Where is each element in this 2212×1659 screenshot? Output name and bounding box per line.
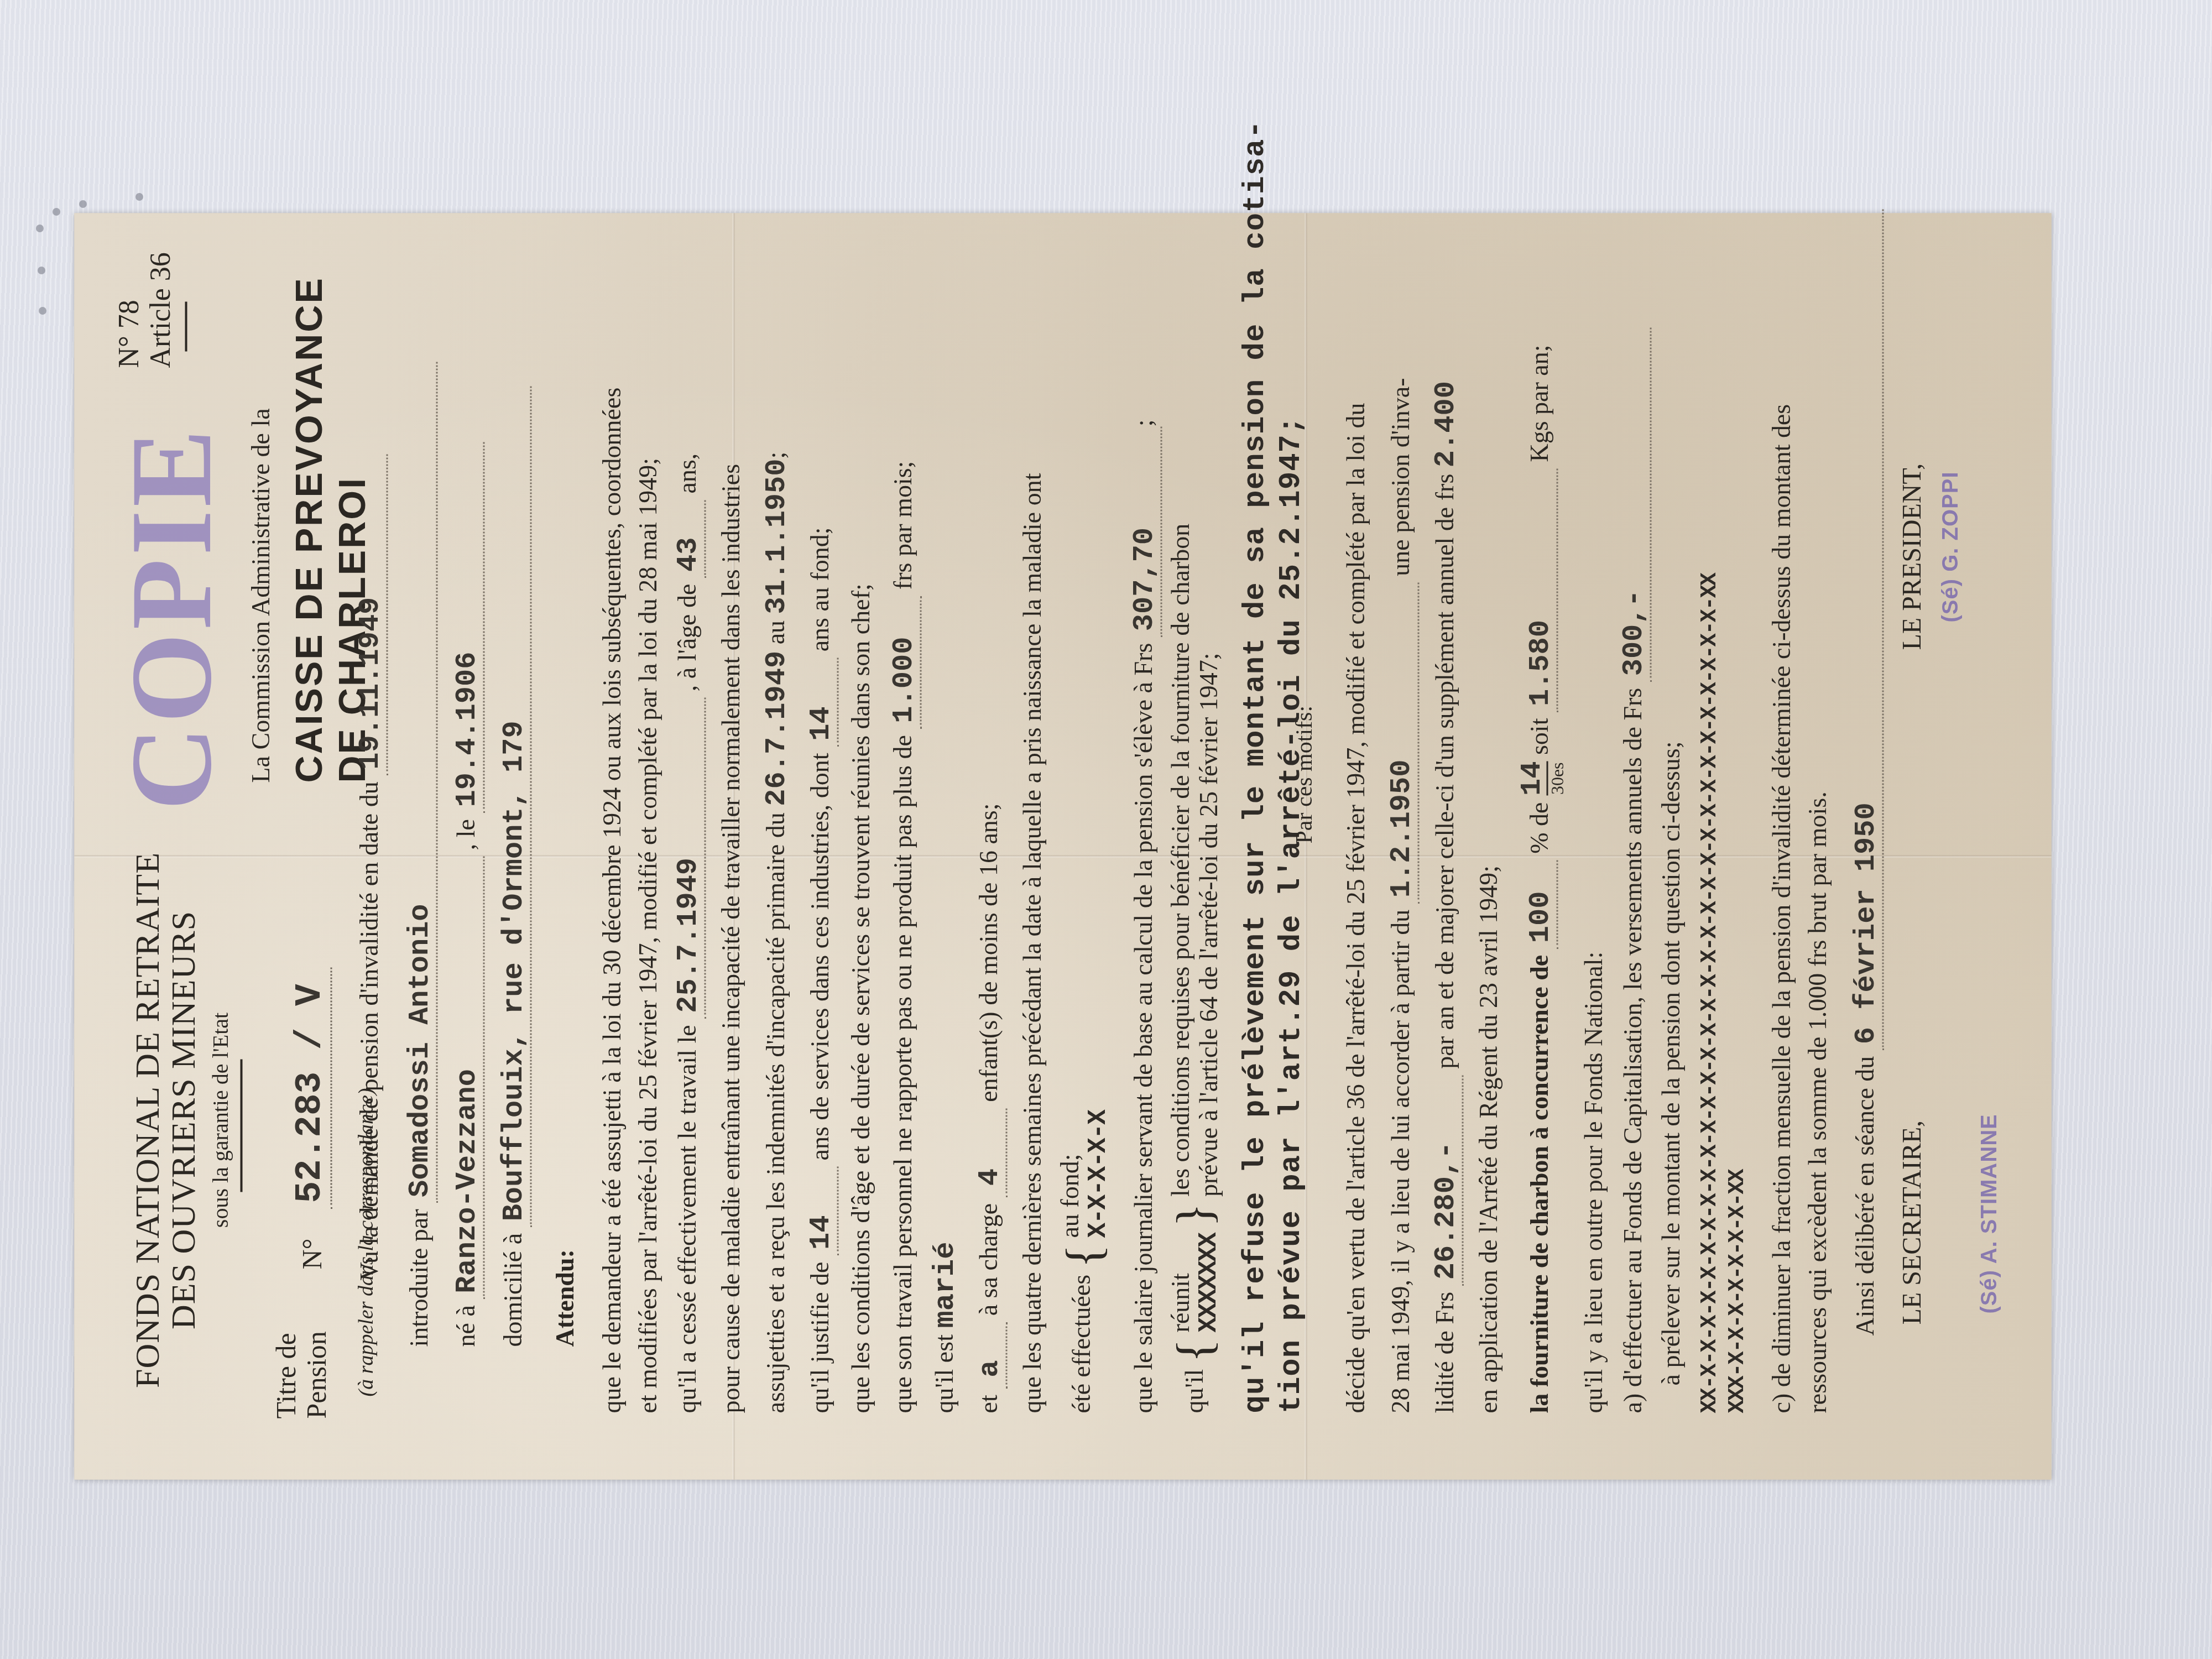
stop-date-field: 25.7.1949: [672, 698, 706, 1019]
attendu-p6: que les conditions d'âge et de durée de …: [846, 583, 875, 1413]
a-value: a: [973, 1360, 1006, 1378]
wall-hole: [38, 267, 45, 274]
seance-date: 6 février 1950: [1850, 802, 1882, 1044]
reunit-option: réunit: [1167, 1233, 1195, 1332]
birthdate-field: 19.4.1906: [451, 442, 485, 812]
attendu-p13: qu'il { réunit XXXXXXX } les conditions …: [1167, 524, 1223, 1413]
president-signature: (Sé) G. ZOPPI: [1938, 471, 1963, 622]
attendu-p5: qu'il justifie de 14 ans de services dan…: [805, 528, 839, 1413]
d2-suffix: une pension d'inva-: [1386, 378, 1415, 576]
attendu-p4: assujetties et a reçu les indemnités d'i…: [760, 452, 793, 1413]
decision-d2: 28 mai 1949, il y a lieu de lui accorder…: [1385, 378, 1420, 1413]
d3-mid: par an et de majorer celle-ci d'un suppl…: [1431, 474, 1459, 1069]
attendu-p1b: et modifiées par l'arrêté-loi du 25 févr…: [633, 458, 662, 1413]
d2-label: 28 mai 1949, il y a lieu de lui accorder…: [1386, 910, 1415, 1413]
marital-status: marié: [929, 1242, 962, 1328]
org-line-1: FONDS NATIONAL DE RETRAITE: [130, 794, 166, 1447]
age-suffix: ans,: [673, 453, 701, 494]
d3-label: lidité de Frs: [1431, 1292, 1459, 1413]
indemnity-from: 26.7.1949: [760, 651, 793, 806]
pension-start-date: 1.2.1950: [1385, 760, 1418, 898]
au-label: au: [761, 620, 790, 644]
income-limit: 1.000: [888, 637, 920, 723]
form-no: N° 78: [113, 252, 145, 368]
struck-b-line-2: XXX-X-X-X-X-X-X-X-XX: [1725, 1170, 1750, 1413]
pension-document: FONDS NATIONAL DE RETRAITE DES OUVRIERS …: [75, 213, 2052, 1480]
decision-d5: la fourniture de charbon à concurrence d…: [1518, 345, 1566, 1413]
p13-text2: prévue à l'article 64 de l'arrêté-loi du…: [1194, 524, 1223, 1197]
service-years: 14: [805, 1215, 837, 1250]
attendu-p10: que les quatre dernières semaines précéd…: [1018, 473, 1047, 1413]
start-date-field: 1.2.1950: [1385, 582, 1420, 903]
p2-label: qu'il a cessé effectivement le travail l…: [673, 1025, 701, 1413]
birthplace: Ranzo-Vezzano: [451, 1069, 483, 1293]
income-field: 1.000: [888, 596, 922, 729]
attendu-p9: et a à sa charge 4 enfant(s) de moins de…: [973, 803, 1008, 1413]
introduite-label: introduite par: [405, 1209, 433, 1347]
attendu-p2: qu'il a cessé effectivement le travail l…: [672, 453, 706, 1413]
par-ces-motifs: Par ces motifs:: [1291, 706, 1318, 844]
indemnity-to: 31.1.1950: [760, 459, 793, 614]
birth-date: 19.4.1906: [451, 652, 483, 807]
attendu-p1a: que le demandeur a été assujetti à la lo…: [597, 388, 627, 1413]
wall-hole: [135, 193, 143, 201]
demande-text: Vu la demande de pension d'invalidité en…: [355, 781, 383, 1280]
org-name: FONDS NATIONAL DE RETRAITE DES OUVRIERS …: [130, 794, 202, 1447]
salary-field: 307,70: [1128, 426, 1162, 637]
ainsi-line: Ainsi délibéré en séance du 6 février 19…: [1850, 209, 1884, 1335]
age-label: , à l'âge de: [673, 584, 701, 692]
p8-label: qu'il est: [930, 1334, 958, 1413]
au-fond-option: au fond;: [1056, 1110, 1084, 1238]
kgs-suffix: Kgs par an;: [1525, 345, 1553, 462]
p12-label: que le salaire journalier servant de bas…: [1129, 643, 1157, 1413]
fraction-numerator: 14: [1518, 761, 1548, 796]
decision-d6: qu'il y a lieu en outre pour le Fonds Na…: [1579, 952, 1608, 1413]
d5-label: la fourniture de charbon à concurrence d…: [1525, 955, 1553, 1413]
attendu-p8: qu'il est marié: [929, 1242, 962, 1413]
p7-suffix: frs par mois;: [889, 461, 917, 590]
le-label: , le: [452, 819, 480, 850]
decision-c2: ressources qui excèdent la somme de 1.00…: [1803, 791, 1832, 1413]
quil-label: qu'il: [1180, 1369, 1208, 1413]
domicile-field: Boufflouix, rue d'Ormont, 179: [498, 386, 532, 1227]
decision-a-line2: à prélever sur le montant de la pension …: [1656, 741, 1686, 1385]
ainsi-label: Ainsi délibéré en séance du: [1851, 1056, 1879, 1336]
age: 43: [672, 538, 705, 572]
copie-stamp: COPIE: [105, 426, 238, 810]
domicile-line: domicilié à Boufflouix, rue d'Ormont, 17…: [498, 386, 532, 1347]
fond-years-field: 14: [805, 658, 839, 747]
introduite-field: Somadossi Antonio: [404, 362, 438, 1203]
percent-field: 100: [1524, 860, 1558, 948]
decision-c1: c) de diminuer la fraction mensuelle de …: [1767, 404, 1796, 1413]
children-field: 4: [973, 1108, 1008, 1197]
attendu-p3: pour cause de maladie entraînant une inc…: [716, 464, 745, 1413]
soit-label: soit: [1525, 718, 1553, 755]
attendu-p7: que son travail personnel ne rapporte pa…: [888, 461, 922, 1413]
wall-hole: [36, 225, 44, 232]
struck-option: XXXXXXX: [1194, 1233, 1223, 1332]
article-rule: [185, 302, 187, 352]
decision-a: a) d'effectuer au Fonds de Capitalisatio…: [1618, 327, 1652, 1413]
struck-option: X-X-X-X-X: [1084, 1110, 1112, 1238]
introduite-line: introduite par Somadossi Antonio: [404, 362, 438, 1347]
domicile: Boufflouix, rue d'Ormont, 179: [498, 721, 530, 1221]
wall-hole: [53, 208, 60, 216]
commission-label: La Commission Administrative de la: [246, 408, 275, 782]
versement-field: 300,-: [1618, 327, 1652, 681]
kgs-field: 1.580: [1524, 468, 1558, 712]
stop-work-date: 25.7.1949: [672, 858, 705, 1013]
p5-suffix: ans au fond;: [806, 528, 834, 652]
secretaire-signature: (Sé) A. STIMANNE: [1977, 1114, 2002, 1313]
ne-a-label: né à: [452, 1305, 480, 1347]
supplement-amount: 2.400: [1430, 381, 1462, 467]
fond-years: 14: [805, 706, 837, 740]
age-field: 43: [672, 500, 706, 577]
children-count: 4: [973, 1168, 1006, 1186]
decision-d4: en application de l'Arrêté du Régent du …: [1474, 865, 1503, 1413]
birthplace-field: Ranzo-Vezzano: [451, 857, 485, 1299]
p5-mid: ans de services dans ces industries, don…: [806, 753, 834, 1160]
applicant-name: Somadossi Antonio: [404, 904, 436, 1197]
demande-date: 19.11.1949: [354, 597, 387, 770]
refus-line-1: qu'il refuse le prélèvement sur le monta…: [1239, 120, 1272, 1413]
daily-salary: 307,70: [1128, 528, 1161, 631]
wall-hole: [39, 307, 46, 315]
attendu-heading: Attendu:: [550, 1249, 580, 1347]
pension-number: 52.283 / V: [289, 967, 332, 1208]
titre-label-1: Titre de: [271, 1331, 301, 1418]
versement-amount: 300,-: [1618, 589, 1650, 676]
pension-amount-field: 26.280,-: [1430, 1075, 1464, 1285]
children-suffix: enfant(s) de moins de 16 ans;: [974, 803, 1003, 1102]
attendu-p11: été effectuées { au fond; X-X-X-X-X: [1056, 1110, 1112, 1413]
coal-percent: 100: [1524, 891, 1557, 943]
pct-label: % de: [1525, 802, 1553, 853]
wall-hole: [79, 200, 87, 208]
demande-date-field: 19.11.1949: [354, 455, 388, 775]
p7-label: que son travail personnel ne rapporte pa…: [889, 735, 917, 1413]
form-number: N° 78 Article 36: [113, 252, 176, 368]
president-title: LE PRESIDENT,: [1897, 463, 1927, 650]
a-field: a: [973, 1322, 1008, 1389]
fraction-denominator: 30es: [1548, 761, 1566, 796]
pension-amount: 26.280,-: [1430, 1142, 1462, 1280]
article-no: Article 36: [145, 252, 176, 368]
a-label: a) d'effectuer au Fonds de Capitalisatio…: [1619, 688, 1647, 1413]
secretaire-title: LE SECRETAIRE,: [1897, 1120, 1927, 1324]
org-line-2: DES OUVRIERS MINEURS: [166, 794, 202, 1447]
charge-label: à sa charge: [974, 1203, 1003, 1316]
seance-date-field: 6 février 1950: [1850, 209, 1884, 1050]
p11-label: été effectuées: [1067, 1275, 1095, 1413]
p5-label: qu'il justifie de: [806, 1261, 834, 1413]
et-label: et: [974, 1395, 1003, 1413]
refus-line-2: tion prévue par l'art.29 de l'arrêté-loi…: [1275, 416, 1308, 1413]
years-field: 14: [805, 1167, 839, 1255]
p13-text1: les conditions requises pour bénéficier …: [1167, 524, 1195, 1197]
titre-label-2: Pension: [301, 1331, 332, 1418]
domicile-label: domicilié à: [499, 1233, 527, 1347]
header-rule: [241, 1060, 243, 1192]
demande-line: Vu la demande de pension d'invalidité en…: [354, 455, 388, 1281]
org-subtitle: sous la garantie de l'Etat: [207, 794, 233, 1447]
coal-kgs: 1.580: [1524, 620, 1557, 706]
decision-d1: décide qu'en vertu de l'article 36 de l'…: [1341, 403, 1370, 1413]
p4-label: assujetties et a reçu les indemnités d'i…: [761, 812, 790, 1413]
attendu-p12: que le salaire journalier servant de bas…: [1128, 419, 1162, 1413]
number-label: N°: [296, 1238, 328, 1269]
titre-label: Titre de Pension: [271, 1331, 332, 1418]
birth-line: né à Ranzo-Vezzano , le 19.4.1906: [451, 442, 485, 1347]
struck-b-line-1: XX-X-X-X-X-X-X-X-X-X-X-X-X-X-X-X-X-X-X-X…: [1698, 573, 1723, 1413]
decision-d3: lidité de Frs 26.280,- par an et de majo…: [1430, 381, 1464, 1413]
